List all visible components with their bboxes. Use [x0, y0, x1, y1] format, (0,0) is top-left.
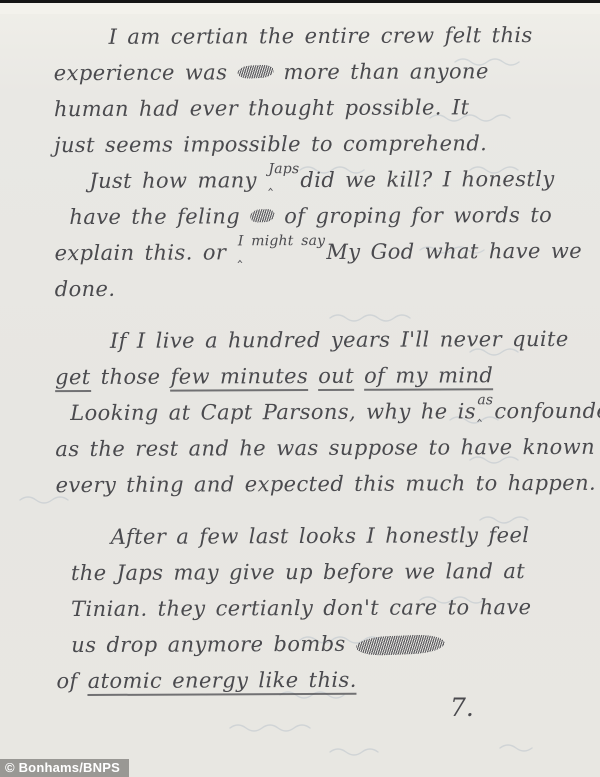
handwriting-text: have the feling: [69, 204, 250, 229]
crossed-out-scribble: [236, 65, 274, 79]
handwriting-text: out: [318, 364, 354, 391]
handwriting-text: Looking at Capt Parsons, why he is: [70, 399, 476, 425]
handwritten-line: I am certian the entire crew felt this: [54, 17, 569, 55]
handwritten-line: explain this. or ‸I might sayMy God what…: [54, 233, 569, 271]
page-number: 7.: [450, 693, 474, 722]
handwritten-line: as the rest and he was suppose to have k…: [55, 429, 570, 467]
handwritten-line: Tinian. they certianly don't care to hav…: [56, 589, 571, 627]
crossed-out-scribble: [249, 209, 275, 223]
handwriting-text: Just how many: [89, 168, 267, 193]
manuscript-lines: I am certian the entire crew felt thisex…: [54, 17, 572, 699]
handwriting-text: few minutes: [171, 364, 309, 392]
handwriting-text: of: [56, 669, 87, 693]
handwriting-text: every thing and expected this much to ha…: [55, 471, 596, 497]
handwriting-text: done.: [55, 277, 116, 301]
handwritten-line: the Japs may give up before we land at: [56, 553, 571, 591]
handwriting-text: After a few last looks I honestly feel: [111, 523, 530, 549]
inserted-word-above-line: ‸Japs: [268, 162, 300, 201]
handwriting-text: as the rest and he was suppose to have k…: [55, 435, 595, 461]
handwriting-text: get: [55, 365, 91, 392]
handwriting-text: atomic energy like this.: [88, 668, 357, 696]
handwriting-text: those: [91, 365, 171, 389]
handwritten-line: experience was more than anyone: [54, 53, 569, 91]
handwriting-text: [354, 364, 364, 388]
handwriting-text: more than anyone: [273, 59, 488, 84]
inserted-text: as: [477, 382, 493, 418]
handwriting-text: Tinian. they certianly don't care to hav…: [71, 595, 531, 621]
handwritten-line: of atomic energy like this.: [56, 661, 571, 699]
handwriting-text: of my mind: [364, 363, 493, 391]
handwritten-line: Looking at Capt Parsons, why he is‸ascon…: [55, 393, 570, 431]
paper-top-band: [0, 3, 600, 14]
handwriting-text: the Japs may give up before we land at: [71, 559, 525, 585]
inserted-text: Japs: [268, 151, 299, 187]
handwriting-text: did we kill? I honestly: [300, 167, 554, 192]
handwritten-line: If I live a hundred years I'll never qui…: [55, 321, 570, 359]
handwriting-text: If I live a hundred years I'll never qui…: [110, 327, 569, 353]
handwriting-text: experience was: [54, 60, 238, 85]
handwritten-line: Just how many ‸Japsdid we kill? I honest…: [54, 161, 569, 199]
handwritten-line: done.: [55, 269, 570, 307]
handwritten-line: After a few last looks I honestly feel: [56, 517, 571, 555]
handwriting-text: [308, 364, 318, 388]
handwritten-line: human had ever thought possible. It: [54, 89, 569, 127]
handwriting-text: explain this. or: [54, 240, 236, 265]
inserted-word-above-line: ‸I might say: [237, 234, 325, 273]
handwritten-line: us drop anymore bombs: [56, 625, 571, 663]
inserted-text: I might say: [238, 223, 326, 259]
inserted-word-above-line: ‸as: [477, 393, 494, 432]
crossed-out-scribble: [354, 634, 445, 656]
handwriting-text: confounded: [494, 399, 600, 424]
handwritten-line: every thing and expected this much to ha…: [55, 465, 570, 503]
handwriting-text: My God what have we: [326, 239, 582, 264]
handwriting-text: I am certian the entire crew felt this: [109, 23, 533, 49]
handwritten-line: just seems impossible to comprehend.: [54, 125, 569, 163]
handwriting-text: human had ever thought possible. It: [54, 95, 470, 121]
handwriting-text: us drop anymore bombs: [71, 632, 356, 657]
watermark-credit: © Bonhams/BNPS: [0, 759, 129, 777]
